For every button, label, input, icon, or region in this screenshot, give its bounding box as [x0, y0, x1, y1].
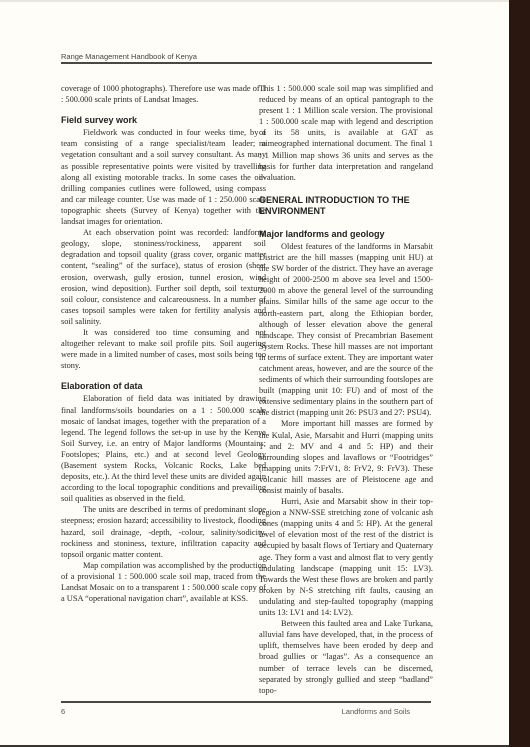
section-heading-elaboration: Elaboration of data — [61, 381, 266, 392]
paragraph: Between this faulted area and Lake Turka… — [259, 618, 433, 696]
right-column: This 1 : 500.000 scale soil map was simp… — [259, 83, 433, 696]
paragraph: This 1 : 500.000 scale soil map was simp… — [259, 83, 433, 183]
paragraph: Hurri, Asie and Marsabit show in their t… — [259, 496, 433, 618]
header-rule — [61, 62, 432, 64]
section-heading-major-landforms: Major landforms and geology — [259, 229, 433, 240]
chapter-heading-general-introduction: GENERAL INTRODUCTION TO THE ENVIRONMENT — [259, 195, 433, 218]
book-spine-edge — [509, 0, 530, 747]
paragraph: It was considered too time consuming and… — [61, 327, 266, 371]
paragraph: Map compilation was accomplished by the … — [61, 560, 266, 604]
left-column: coverage of 1000 photographs). Therefore… — [61, 83, 266, 604]
paragraph: The units are described in terms of pred… — [61, 504, 266, 559]
page-number: 6 — [61, 707, 65, 716]
page-top-edge — [0, 0, 509, 2]
footer-rule — [61, 701, 431, 703]
paragraph: Oldest features of the landforms in Mars… — [259, 241, 433, 419]
document-page: Range Management Handbook of Kenya cover… — [0, 0, 509, 745]
paragraph: More important hill masses are formed by… — [259, 418, 433, 496]
paragraph: Fieldwork was conducted in four weeks ti… — [61, 127, 266, 227]
running-head: Range Management Handbook of Kenya — [61, 52, 197, 61]
paragraph: coverage of 1000 photographs). Therefore… — [61, 83, 266, 105]
section-heading-field-survey: Field survey work — [61, 115, 266, 126]
running-foot: Landforms and Soils — [342, 707, 410, 716]
paragraph: At each observation point was recorded: … — [61, 227, 266, 327]
paragraph: Elaboration of field data was initiated … — [61, 393, 266, 504]
